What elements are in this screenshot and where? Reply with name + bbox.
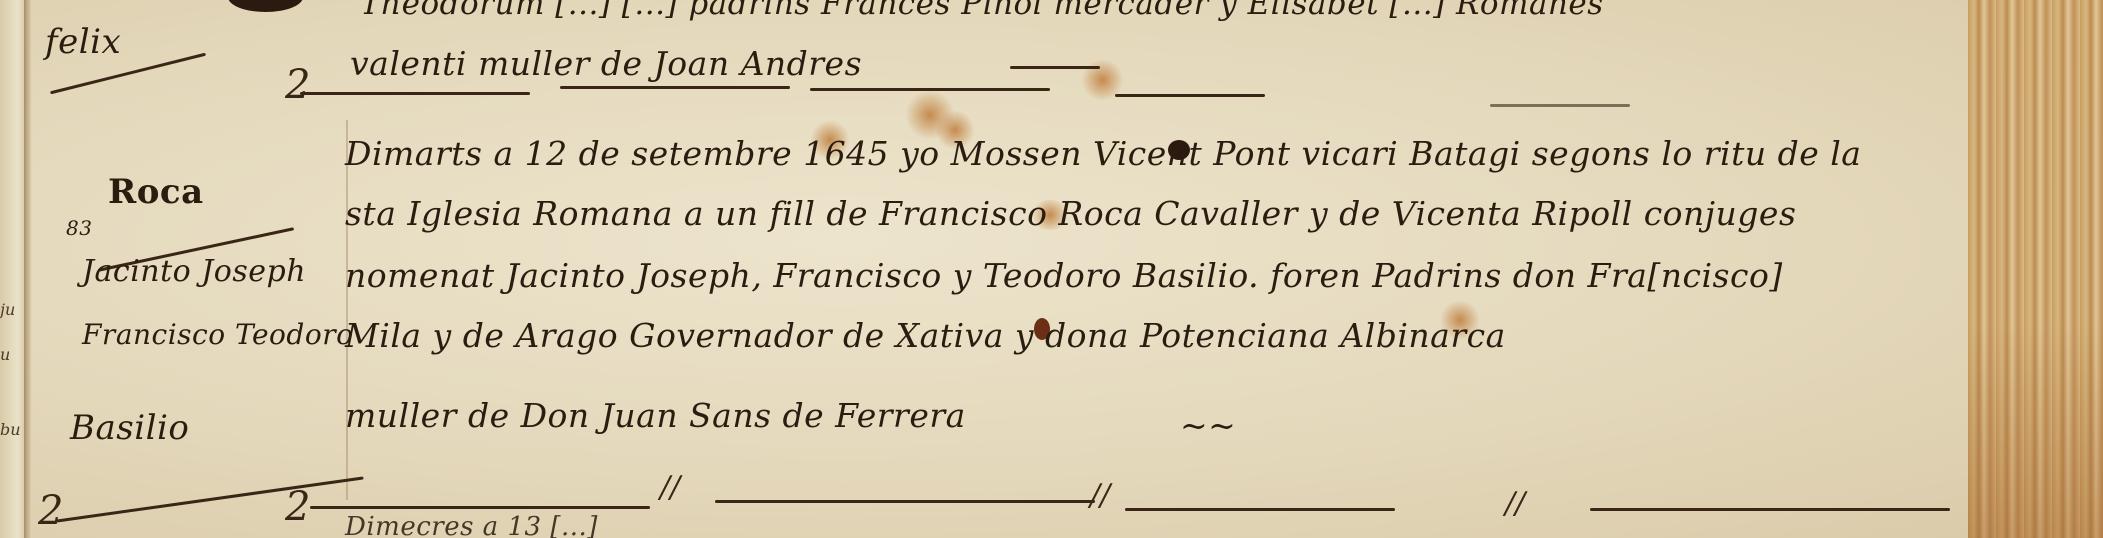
- gutter-mark: bu: [0, 420, 21, 439]
- ink-blot: [228, 0, 303, 12]
- gutter-mark: ju: [0, 300, 15, 319]
- separator-stroke: [1590, 508, 1950, 511]
- entry-separator-numeral: 2: [285, 484, 310, 530]
- previous-entry-margin-name: felix: [45, 22, 121, 62]
- separator-stroke: [810, 88, 1050, 91]
- entry-separator-numeral: 2: [38, 488, 63, 534]
- entry-line-1: Dimarts a 12 de setembre 1645 yo Mossen …: [345, 134, 1861, 173]
- next-entry-fragment: Dimecres a 13 [...]: [345, 512, 598, 538]
- margin-rule: [346, 120, 348, 500]
- separator-mark: //: [660, 470, 680, 505]
- separator-stroke: [1010, 66, 1100, 69]
- margin-given-name-1: Jacinto Joseph: [82, 254, 306, 289]
- binding-fold: [24, 0, 32, 538]
- separator-stroke: [1490, 104, 1630, 107]
- separator-stroke: [310, 506, 650, 509]
- entry-separator-numeral: 2: [285, 62, 310, 108]
- manuscript-page: ju u bu felix Theodorum [...] [...] padr…: [0, 0, 2103, 538]
- margin-given-name-3: Basilio: [70, 408, 189, 448]
- separator-stroke: [300, 92, 530, 95]
- entry-line-2: sta Iglesia Romana a un fill de Francisc…: [345, 194, 1796, 233]
- entry-number: 83: [66, 216, 92, 240]
- separator-mark: //: [1505, 486, 1525, 521]
- entry-line-5: muller de Don Juan Sans de Ferrera: [345, 396, 966, 435]
- previous-entry-top-line: Theodorum [...] [...] padrins Frances Pi…: [360, 0, 1604, 22]
- separator-stroke: [560, 86, 790, 89]
- entry-surname: Roca: [108, 172, 204, 212]
- entry-line-4: Mila y de Arago Governador de Xativa y d…: [345, 316, 1506, 355]
- separator-stroke: [1125, 508, 1395, 511]
- margin-given-name-2: Francisco Teodoro: [82, 318, 353, 351]
- previous-entry-last-line: valenti muller de Joan Andres: [350, 44, 862, 83]
- gutter-mark: u: [0, 345, 10, 364]
- book-page-edges: [1968, 0, 2103, 538]
- separator-mark: //: [1090, 478, 1110, 513]
- closing-flourish: ~~: [1180, 406, 1236, 445]
- separator-stroke: [1115, 94, 1265, 97]
- separator-stroke: [715, 500, 1095, 503]
- separator-stroke: [56, 476, 363, 522]
- entry-line-3: nomenat Jacinto Joseph, Francisco y Teod…: [345, 256, 1783, 295]
